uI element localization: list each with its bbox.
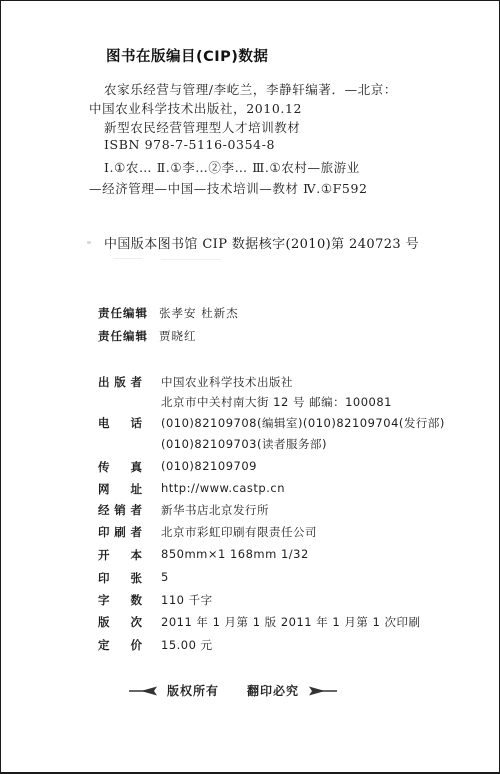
phone-label: 电 话	[98, 415, 142, 431]
piracy-prohibited: 翻印必究	[247, 682, 299, 699]
format-value: 850mm×1 168mm 1/32	[161, 547, 309, 561]
cip-line-2: 中国农业科学技术出版社，2010.12	[89, 99, 302, 117]
arrow-right-ornament-icon	[307, 686, 337, 696]
cip-line-3: 新型农民经营管理型人才培训教材	[104, 118, 301, 136]
cip-classification-2: —经济管理—中国—技术培训—教材 Ⅳ.①F592	[89, 179, 368, 197]
edition-label: 版 次	[98, 614, 142, 630]
cip-isbn: ISBN 978-7-5116-0354-8	[104, 137, 275, 152]
publisher-value: 中国农业科学技术出版社	[161, 374, 293, 390]
printer-label: 印 刷 者	[98, 524, 142, 540]
word-count-value: 110 千字	[161, 592, 213, 608]
copyright-notice: 版权所有 翻印必究	[129, 682, 337, 699]
scan-speck	[113, 258, 143, 259]
phone-value-2: (010)82109703(读者服务部)	[161, 436, 327, 452]
arrow-left-ornament-icon	[129, 686, 159, 696]
fax-label: 传 真	[98, 459, 142, 475]
cip-classification-1: Ⅰ.①农… Ⅱ.①李…②李… Ⅲ.①农村—旅游业	[104, 158, 360, 176]
editor-label: 责任编辑	[98, 328, 148, 344]
cip-record-number: 中国版本图书馆 CIP 数据核字(2010)第 240723 号	[104, 233, 419, 252]
cip-title: 图书在版编目(CIP)数据	[106, 45, 268, 66]
cip-line-1: 农家乐经营与管理/李屹兰，李静轩编著．—北京：	[104, 80, 397, 98]
copyright-page: 图书在版编目(CIP)数据 农家乐经营与管理/李屹兰，李静轩编著．—北京： 中国…	[0, 0, 500, 774]
sheets-label: 印 张	[98, 570, 142, 586]
scan-speck	[161, 259, 221, 260]
word-count-label: 字 数	[98, 592, 142, 608]
publisher-label: 出 版 者	[98, 374, 142, 390]
editor-value: 张孝安 杜新杰	[159, 305, 239, 321]
format-label: 开 本	[98, 547, 142, 563]
phone-value: (010)82109708(编辑室)(010)82109704(发行部)	[161, 415, 445, 431]
distributor-value: 新华书店北京发行所	[161, 502, 269, 518]
editor-value: 贾晓红	[159, 328, 197, 344]
editor-label: 责任编辑	[98, 305, 148, 321]
sheets-value: 5	[161, 570, 169, 584]
price-value: 15.00 元	[161, 637, 213, 653]
website-value: http://www.castp.cn	[161, 481, 285, 495]
all-rights-reserved: 版权所有	[167, 682, 219, 699]
distributor-label: 经 销 者	[98, 502, 142, 518]
scan-speck	[87, 241, 91, 244]
fax-value: (010)82109709	[161, 459, 257, 473]
publisher-address: 北京市中关村南大街 12 号 邮编：100081	[161, 394, 392, 410]
website-label: 网 址	[98, 481, 142, 497]
price-label: 定 价	[98, 637, 142, 653]
edition-value: 2011 年 1 月第 1 版 2011 年 1 月第 1 次印刷	[161, 614, 421, 630]
printer-value: 北京市彩虹印刷有限责任公司	[161, 524, 317, 540]
